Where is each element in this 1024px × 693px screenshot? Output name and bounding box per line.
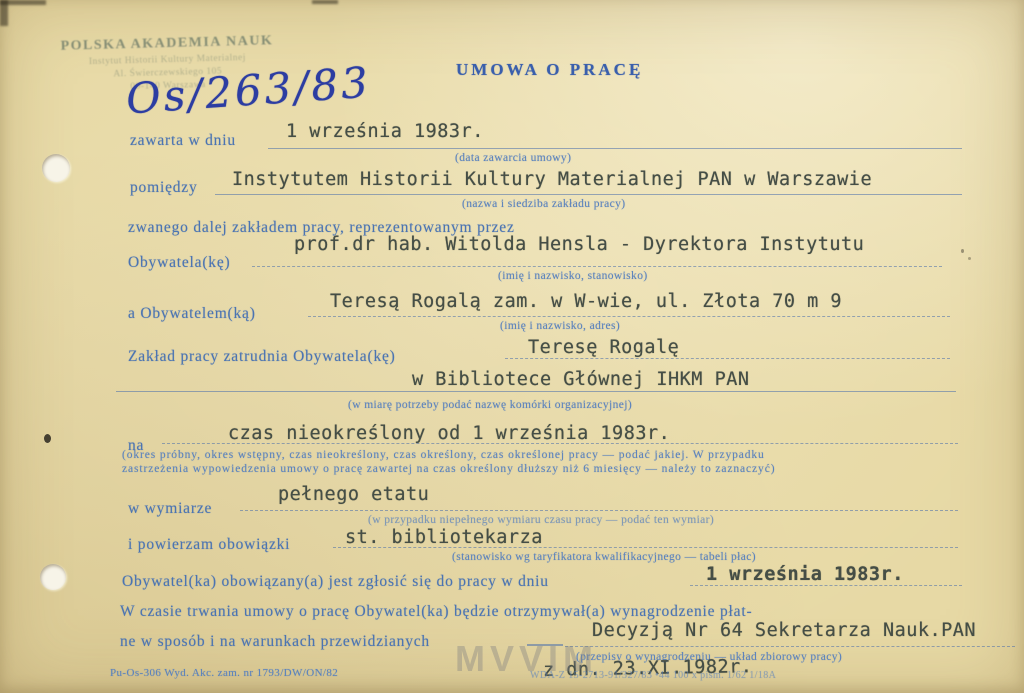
field-date-value: 1 września 1983r. — [286, 121, 484, 142]
field-duties-caption: (stanowisko wg taryfikatora kwalifikacyj… — [452, 551, 756, 563]
field-employer-line — [215, 194, 962, 195]
paper-edge-smudge — [0, 0, 8, 26]
field-date-caption: (data zawarcia umowy) — [455, 152, 571, 164]
stamp-line-1: POLSKA AKADEMIA NAUK — [59, 33, 274, 55]
field-representative-caption: (imię i nazwisko, stanowisko) — [498, 270, 648, 282]
paper-edge-smudge — [312, 0, 338, 4]
field-employee-line — [308, 316, 950, 317]
field-start-value: 1 września 1983r. — [706, 564, 904, 585]
field-representative-line — [252, 266, 942, 267]
field-hours-value: pełnego etatu — [278, 484, 429, 505]
field-duties-label: i powierzam obowiązki — [128, 536, 290, 554]
field-pay-line — [565, 646, 1015, 647]
punch-hole — [40, 564, 66, 590]
field-date-line — [268, 148, 962, 149]
field-duration-caption-2: zastrzeżenia wypowiedzenia umowy o pracę… — [122, 463, 775, 475]
field-pay-value: Decyzją Nr 64 Sekretarza Nauk.PAN — [592, 620, 976, 641]
field-hired-line-2 — [116, 391, 956, 392]
field-hours-caption: (w przypadku niepełnego wymiaru czasu pr… — [368, 514, 714, 526]
field-representative-value: prof.dr hab. Witolda Hensla - Dyrektora … — [294, 234, 864, 255]
punch-hole — [42, 154, 70, 182]
field-hired-caption: (w miarę potrzeby podać nazwę komórki or… — [348, 399, 632, 411]
field-hired-value: Teresę Rogalę — [528, 337, 679, 358]
field-employer-caption: (nazwa i siedziba zakładu pracy) — [462, 198, 626, 210]
field-hired-value2: w Bibliotece Głównej IHKM PAN — [412, 369, 750, 390]
field-employee-caption: (imię i nazwisko, adres) — [500, 320, 620, 332]
field-duration-value: czas nieokreślony od 1 września 1983r. — [228, 423, 670, 444]
field-hours-label: w wymiarze — [128, 500, 212, 518]
field-hired-line-1 — [505, 358, 950, 359]
paper-speck — [968, 257, 971, 260]
field-hours-line — [240, 510, 958, 511]
field-duties-line — [333, 547, 958, 548]
field-start-label: Obywatel(ka) obowiązany(a) jest zgłosić … — [122, 573, 549, 591]
field-start-line — [690, 585, 962, 586]
field-employee-label: a Obywatelem(ką) — [128, 305, 256, 323]
scanned-employment-contract: POLSKA AKADEMIA NAUK Instytut Historii K… — [0, 0, 1024, 693]
footer-print-right: WDA-Z 15-2713-91/327/83 •44 100 x pism. … — [530, 670, 776, 681]
field-hired-label: Zakład pracy zatrudnia Obywatela(kę) — [128, 348, 396, 366]
field-duration-line — [162, 443, 958, 444]
document-title: UMOWA O PRACĘ — [456, 60, 643, 80]
field-employer-value: Instytutem Historii Kultury Materialnej … — [232, 169, 872, 190]
field-employer-label: pomiędzy — [130, 179, 198, 197]
field-duration-caption-1: (okres próbny, okres wstępny, czas nieok… — [122, 449, 765, 461]
field-employee-value: Teresą Rogalą zam. w W-wie, ul. Złota 70… — [330, 291, 842, 312]
field-duties-value: st. bibliotekarza — [345, 527, 543, 548]
footer-print-left: Pu-Os-306 Wyd. Akc. zam. nr 1793/DW/ON/8… — [110, 667, 338, 679]
paper-speck — [44, 434, 51, 443]
field-date-label: zawarta w dniu — [130, 132, 236, 150]
paper-speck — [961, 249, 964, 253]
field-representative-label: Obywatela(kę) — [128, 254, 231, 272]
pay-paragraph-line-1: W czasie trwania umowy o pracę Obywatel(… — [120, 603, 752, 621]
pay-paragraph-line-2: ne w sposób i na warunkach przewidzianyc… — [120, 633, 430, 651]
